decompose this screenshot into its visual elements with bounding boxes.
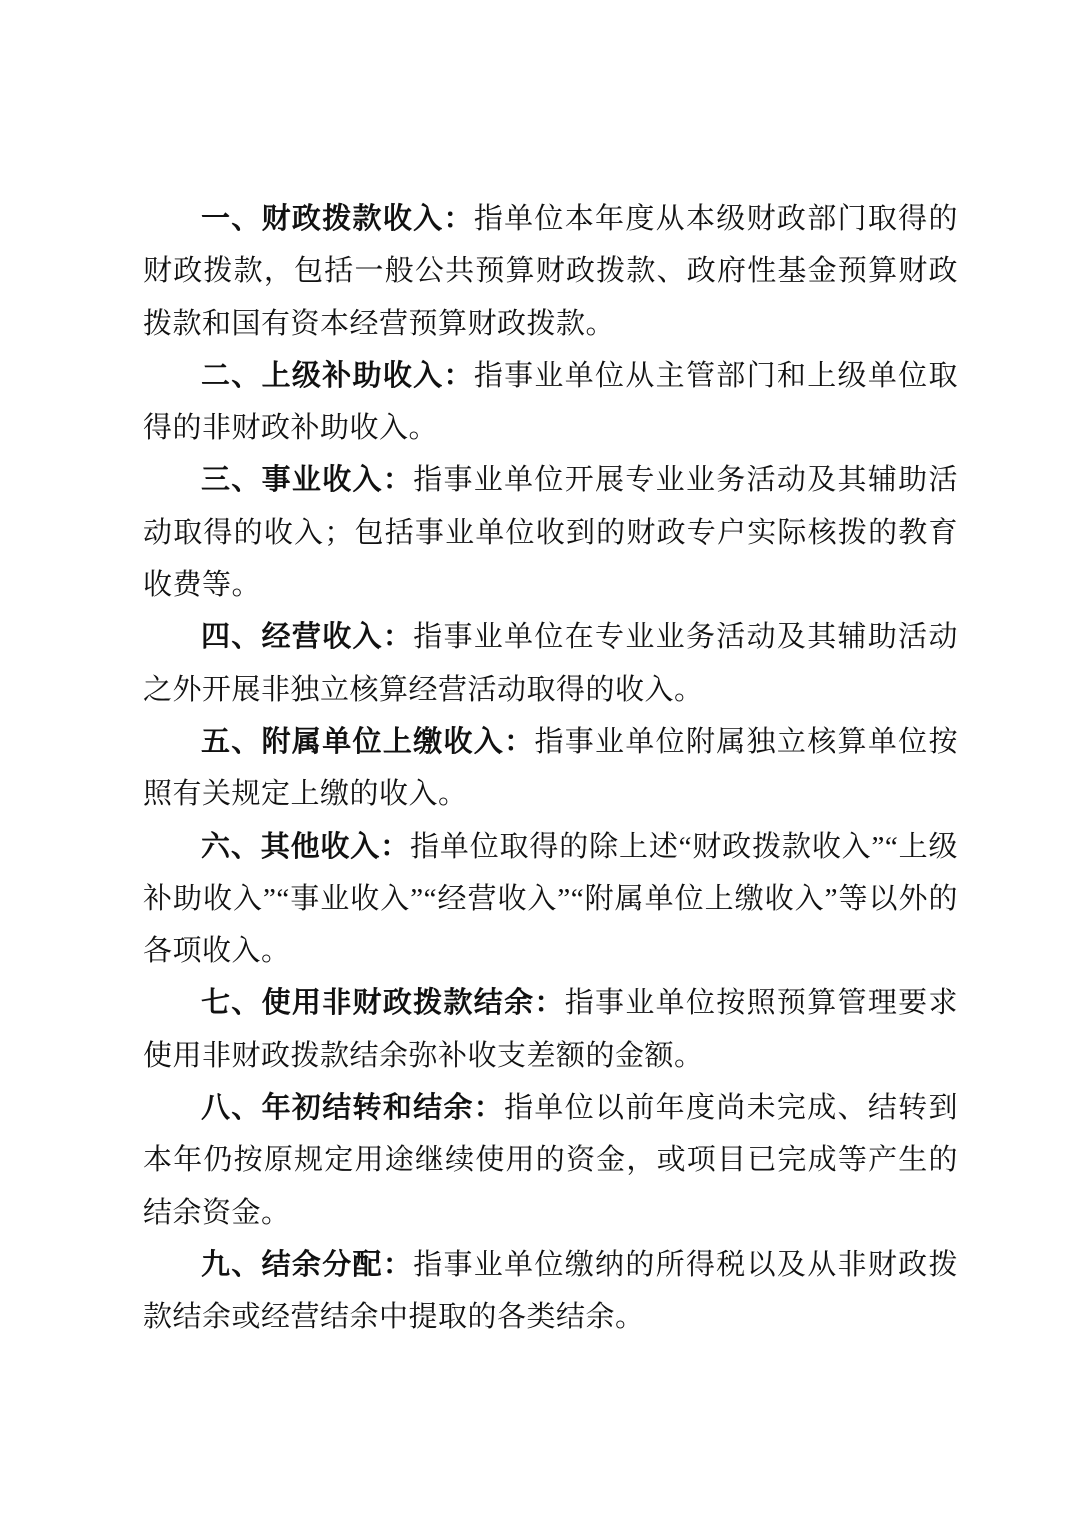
term-label: 一、财政拨款收入： bbox=[201, 203, 474, 235]
term-label: 五、附属单位上缴收入： bbox=[201, 726, 534, 758]
paragraph-affiliated-unit-remittance-income: 五、附属单位上缴收入：指事业单位附属独立核算单位按照有关规定上缴的收入。 bbox=[143, 716, 958, 821]
paragraph-non-fiscal-carryover-use: 七、使用非财政拨款结余：指事业单位按照预算管理要求使用非财政拨款结余弥补收支差额… bbox=[143, 977, 958, 1082]
term-label: 八、年初结转和结余： bbox=[201, 1092, 504, 1124]
paragraph-beginning-year-carryover: 八、年初结转和结余：指单位以前年度尚未完成、结转到本年仍按原规定用途继续使用的资… bbox=[143, 1082, 958, 1239]
document-body: 一、财政拨款收入：指单位本年度从本级财政部门取得的财政拨款，包括一般公共预算财政… bbox=[143, 193, 958, 1344]
term-label: 四、经营收入： bbox=[201, 621, 413, 653]
paragraph-surplus-distribution: 九、结余分配：指事业单位缴纳的所得税以及从非财政拨款结余或经营结余中提取的各类结… bbox=[143, 1239, 958, 1344]
term-label: 六、其他收入： bbox=[201, 831, 410, 863]
term-label: 二、上级补助收入： bbox=[201, 360, 474, 392]
paragraph-operating-income: 四、经营收入：指事业单位在专业业务活动及其辅助活动之外开展非独立核算经营活动取得… bbox=[143, 611, 958, 716]
paragraph-fiscal-appropriation-income: 一、财政拨款收入：指单位本年度从本级财政部门取得的财政拨款，包括一般公共预算财政… bbox=[143, 193, 958, 350]
paragraph-superior-subsidy-income: 二、上级补助收入：指事业单位从主管部门和上级单位取得的非财政补助收入。 bbox=[143, 350, 958, 455]
term-label: 三、事业收入： bbox=[201, 464, 413, 496]
paragraph-institutional-income: 三、事业收入：指事业单位开展专业业务活动及其辅助活动取得的收入；包括事业单位收到… bbox=[143, 454, 958, 611]
term-label: 七、使用非财政拨款结余： bbox=[201, 987, 565, 1019]
paragraph-other-income: 六、其他收入：指单位取得的除上述“财政拨款收入”“上级补助收入”“事业收入”“经… bbox=[143, 821, 958, 978]
document-page: 一、财政拨款收入：指单位本年度从本级财政部门取得的财政拨款，包括一般公共预算财政… bbox=[0, 0, 1074, 1520]
term-label: 九、结余分配： bbox=[201, 1249, 413, 1281]
